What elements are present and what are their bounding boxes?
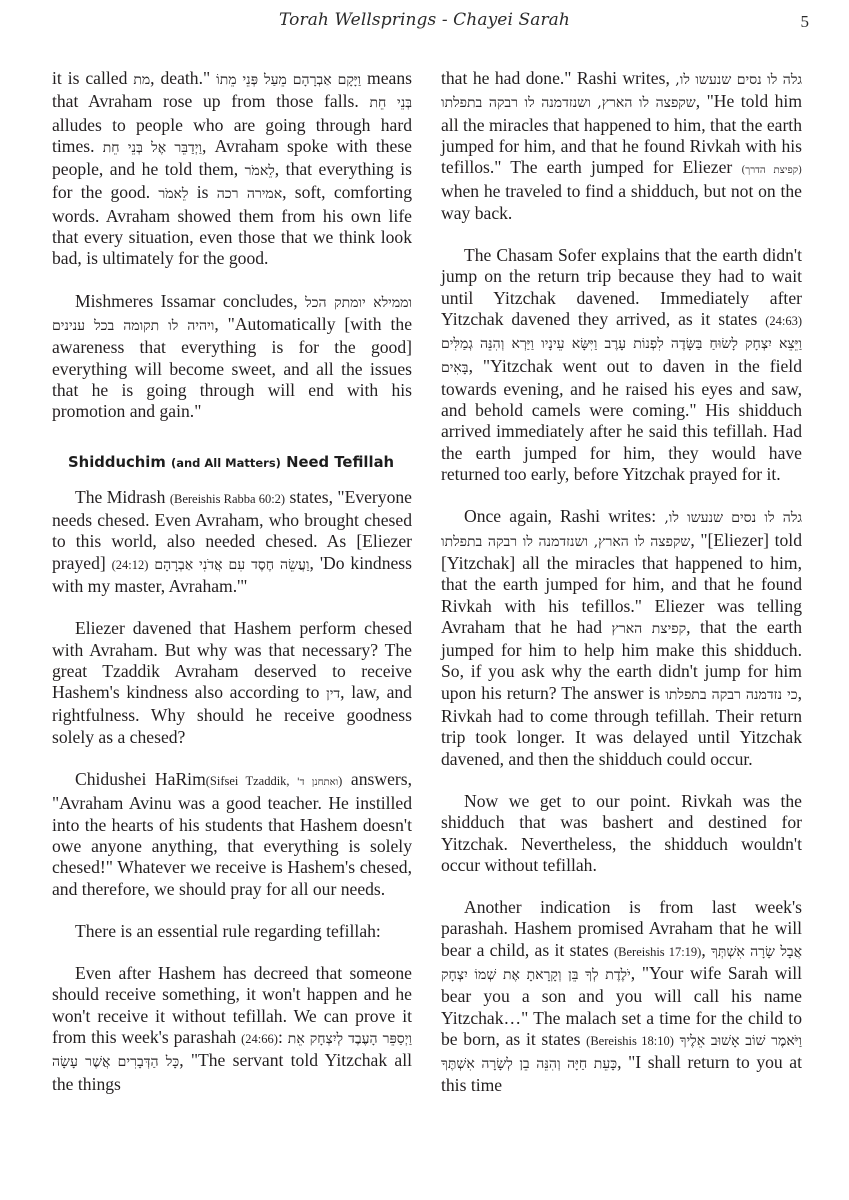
text: , "Yitzchak went out to daven in the fie… — [441, 356, 802, 484]
left-column: it is called מת, death." וַיָּקָם אַבְרָ… — [52, 68, 412, 1116]
hebrew-text: וַעֲשֵׂה חֶסֶד עִם אֲדֹנִי אַבְרָהָם — [154, 557, 309, 573]
text: Chidushei HaRim — [75, 769, 206, 789]
hebrew-text: ואתחנן ד' — [297, 777, 338, 788]
paragraph-decree: Even after Hashem has decreed that someo… — [52, 963, 412, 1095]
text: when he traveled to find a shidduch, but… — [441, 181, 802, 222]
heading-parenthetical: (and All Matters) — [171, 456, 281, 470]
hebrew-text: וַיְדַבֵּר אֶל בְּנֵי חֵת — [103, 140, 202, 156]
hebrew-text: וַיָּקָם אַבְרָהָם מֵעַל פְּנֵי מֵתוֹ — [216, 72, 361, 88]
hebrew-text: לֵאמֹר — [158, 186, 188, 202]
text: is — [189, 182, 217, 202]
paragraph-chidushei-harim: Chidushei HaRim(Sifsei Tzaddik, ואתחנן ד… — [52, 769, 412, 900]
text: The Chasam Sofer explains that the earth… — [441, 245, 802, 329]
hebrew-text: קפיצת הארץ — [612, 621, 687, 637]
source-reference: (24:66) — [241, 1032, 278, 1046]
text: Once again, Rashi writes: — [464, 506, 664, 526]
text: : — [278, 1027, 288, 1047]
hebrew-text: כי נזדמנה רבקה בתפלתו — [665, 687, 797, 703]
hebrew-text: מת — [133, 72, 150, 88]
paragraph-essential-rule: There is an essential rule regarding tef… — [52, 921, 412, 942]
text: (Sifsei Tzaddik, — [206, 774, 297, 788]
paragraph-another-indication: Another indication is from last week's p… — [441, 897, 802, 1097]
paragraph-chasam-sofer: The Chasam Sofer explains that the earth… — [441, 245, 802, 485]
source-reference: (Sifsei Tzaddik, ואתחנן ד') — [206, 774, 343, 788]
text: Now we get to our point. Rivkah was the … — [441, 791, 802, 875]
paragraph-eliezer-davened: Eliezer davened that Hashem perform ches… — [52, 618, 412, 748]
paragraph-once-again-rashi: Once again, Rashi writes: גלה לו נסים שנ… — [441, 506, 802, 770]
source-reference: (Bereishis 17:19) — [614, 945, 701, 959]
text: Mishmeres Issamar concludes, — [75, 291, 305, 311]
text: , death." — [150, 68, 216, 88]
paragraph-rashi-writes: that he had done." Rashi writes, גלה לו … — [441, 68, 802, 224]
source-reference: (Bereishis Rabba 60:2) — [170, 492, 285, 506]
source-reference: (קפיצת הדרך) — [741, 165, 802, 176]
section-heading: Shidduchim (and All Matters) Need Tefill… — [68, 452, 412, 474]
text: it is called — [52, 68, 133, 88]
hebrew-text: אמירה רכה — [217, 186, 282, 202]
source-reference: (24:12) — [112, 558, 149, 572]
right-column: that he had done." Rashi writes, גלה לו … — [441, 68, 802, 1118]
text: , — [701, 940, 711, 960]
heading-main: Shidduchim — [68, 454, 166, 471]
text: There is an essential rule regarding tef… — [75, 921, 381, 941]
hebrew-text: דין — [326, 686, 340, 702]
paragraph-midrash: The Midrash (Bereishis Rabba 60:2) state… — [52, 487, 412, 597]
source-reference: (24:63) — [765, 314, 802, 328]
paragraph-our-point: Now we get to our point. Rivkah was the … — [441, 791, 802, 876]
heading-main: Need Tefillah — [286, 454, 394, 471]
page-header: Torah Wellsprings - Chayei Sarah 5 — [0, 8, 849, 38]
running-title: Torah Wellsprings - Chayei Sarah — [0, 10, 849, 30]
paragraph-mishmeres-issamar: Mishmeres Issamar concludes, וממילא יומת… — [52, 291, 412, 423]
source-reference: (Bereishis 18:10) — [586, 1034, 674, 1048]
hebrew-text: בְּנֵי חֵת — [369, 95, 412, 111]
hebrew-text: לֵאמֹר — [245, 163, 275, 179]
paragraph-avraham-rose: it is called מת, death." וַיָּקָם אַבְרָ… — [52, 68, 412, 270]
text: that he had done." Rashi writes, — [441, 68, 675, 88]
page-number: 5 — [801, 12, 810, 32]
text: The Midrash — [75, 487, 170, 507]
